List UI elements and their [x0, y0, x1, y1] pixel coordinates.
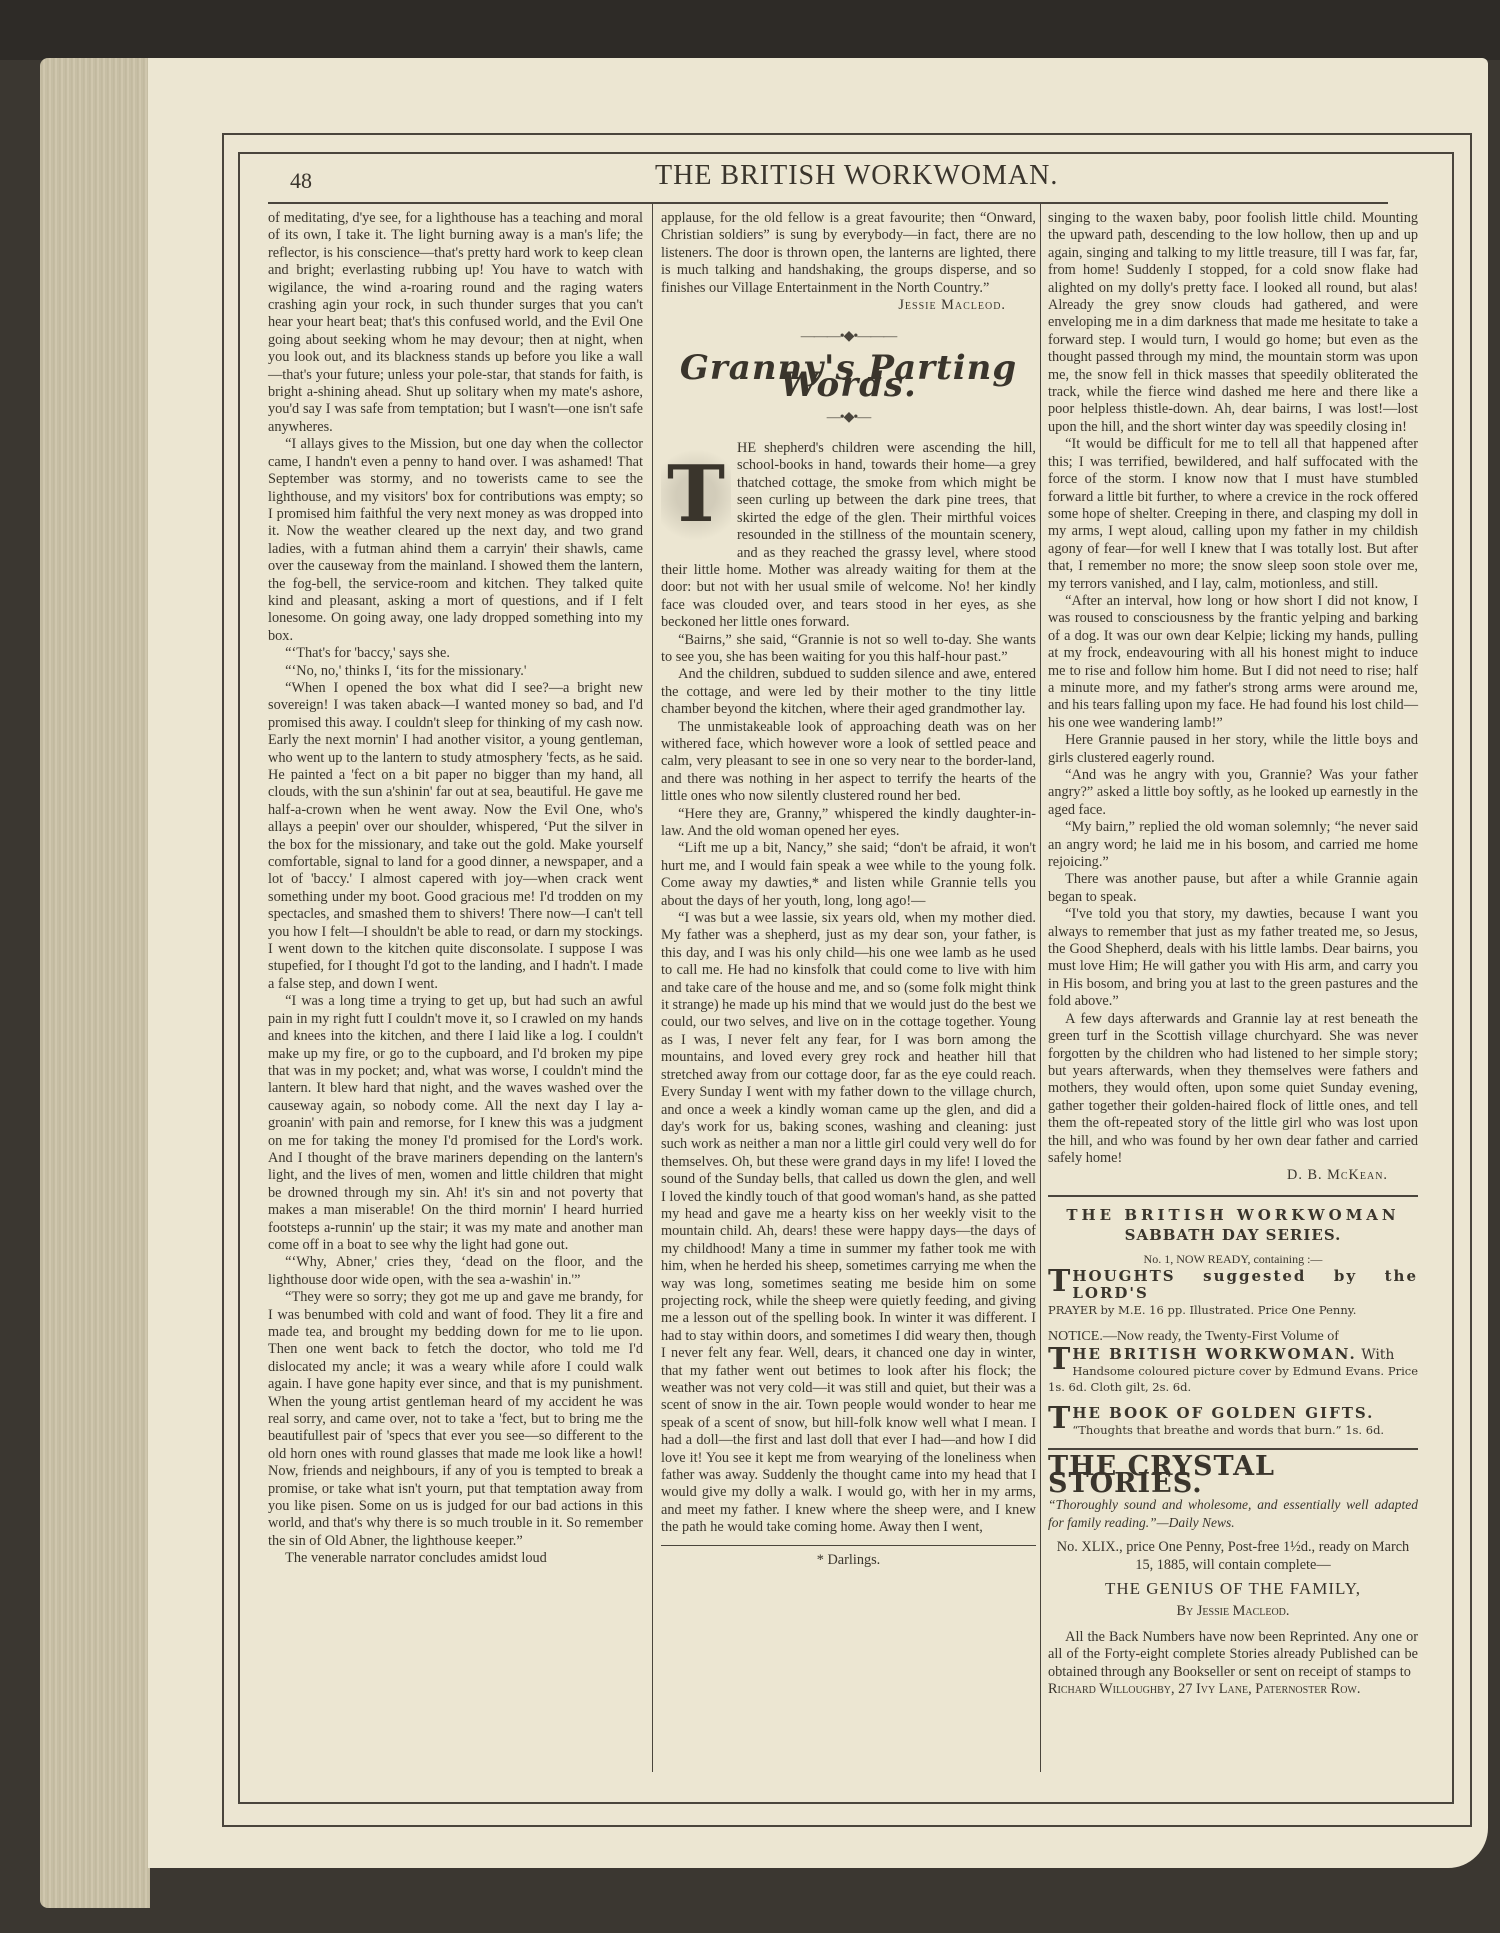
paragraph: There was another pause, but after a whi… — [1048, 871, 1418, 906]
paragraph: The venerable narrator concludes amidst … — [268, 1550, 643, 1567]
footnote: * Darlings. — [661, 1552, 1036, 1569]
advert-feature-title: THE GENIUS OF THE FAMILY, — [1048, 1580, 1418, 1597]
advert-issue: No. XLIX., price One Penny, Post-free 1½… — [1048, 1539, 1418, 1574]
column-divider-2 — [1040, 202, 1041, 1772]
story-opening: T HE shepherd's children were ascending … — [661, 440, 1036, 631]
paragraph: Here Grannie paused in her story, while … — [1048, 732, 1418, 767]
paragraph: “Here they are, Granny,” whispered the k… — [661, 806, 1036, 841]
paragraph: And the children, subdued to sudden sile… — [661, 666, 1036, 718]
advert-title-text: HOUGHTS suggested by the LORD'S — [1072, 1267, 1418, 1302]
advert-byline: By Jessie Macleod. — [1048, 1603, 1418, 1620]
advert-body: All the Back Numbers have now been Repri… — [1048, 1629, 1418, 1681]
advert-title: T HE BRITISH WORKWOMAN. With Handsome co… — [1048, 1346, 1418, 1395]
paragraph: “Bairns,” she said, “Grannie is not so w… — [661, 632, 1036, 667]
paragraph: “I was but a wee lassie, six years old, … — [661, 910, 1036, 1537]
book-cover-top — [0, 0, 1500, 60]
advert-heading: SABBATH DAY SERIES. — [1048, 1225, 1418, 1245]
advert-initial: T — [1048, 1405, 1070, 1433]
advert-rule — [1048, 1448, 1418, 1450]
paragraph: The unmistakeable look of approaching de… — [661, 719, 1036, 806]
paragraph: “And was he angry with you, Grannie? Was… — [1048, 767, 1418, 819]
advert-title: T HOUGHTS suggested by the LORD'S PRAYER… — [1048, 1268, 1418, 1318]
advert-detail: “Thoughts that breathe and words that bu… — [1048, 1422, 1418, 1438]
column-3: singing to the waxen baby, poor foolish … — [1048, 210, 1418, 1698]
author-signature: D. B. McKean. — [1048, 1167, 1418, 1184]
advert-quote: “Thoroughly sound and wholesome, and ess… — [1048, 1496, 1418, 1531]
advert-title-text: HE BRITISH WORKWOMAN. — [1072, 1345, 1356, 1363]
advert-title-suffix: With — [1361, 1347, 1394, 1363]
ornament-divider-icon: ———•◆•——— — [661, 328, 1036, 345]
advert-title-text: HE BOOK OF GOLDEN GIFTS. — [1072, 1404, 1374, 1422]
column-divider-1 — [652, 202, 653, 1772]
paragraph: “When I opened the box what did I see?—a… — [268, 680, 643, 993]
advert-initial: T — [1048, 1268, 1070, 1296]
paragraph: “‘Why, Abner,' cries they, ‘dead on the … — [268, 1254, 643, 1289]
advert-sabbath-series: THE BRITISH WORKWOMAN SABBATH DAY SERIES… — [1048, 1205, 1418, 1318]
column-2: applause, for the old fellow is a great … — [661, 210, 1036, 1569]
column-1: of meditating, d'ye see, for a lighthous… — [268, 210, 643, 1568]
page-edges — [40, 58, 150, 1908]
paragraph: “I've told you that story, my dawties, b… — [1048, 906, 1418, 1010]
advert-subheading: No. 1, NOW READY, containing :— — [1048, 1251, 1418, 1268]
advert-crystal-stories: THE CRYSTAL STORIES. “Thoroughly sound a… — [1048, 1458, 1418, 1699]
advert-detail: Handsome coloured picture cover by Edmun… — [1048, 1363, 1418, 1395]
ornament-divider-icon: —•◆•— — [661, 409, 1036, 426]
advert-title: T HE BOOK OF GOLDEN GIFTS. “Thoughts tha… — [1048, 1405, 1418, 1438]
paragraph: singing to the waxen baby, poor foolish … — [1048, 210, 1418, 436]
page-number: 48 — [290, 168, 312, 194]
paragraph: “‘No, no,' thinks I, ‘its for the missio… — [268, 663, 643, 680]
paragraph: “I was a long time a trying to get up, b… — [268, 993, 643, 1254]
advert-heading: THE BRITISH WORKWOMAN — [1048, 1205, 1418, 1225]
paragraph: “Lift me up a bit, Nancy,” she said; “do… — [661, 840, 1036, 910]
paragraph: “After an interval, how long or how shor… — [1048, 593, 1418, 732]
paragraph: “‘That's for 'baccy,' says she. — [268, 645, 643, 662]
advert-detail: PRAYER by M.E. 16 pp. Illustrated. Price… — [1048, 1302, 1418, 1318]
masthead-title: THE BRITISH WORKWOMAN. — [655, 160, 1058, 192]
advert-rule — [1048, 1195, 1418, 1197]
paragraph: “My bairn,” replied the old woman solemn… — [1048, 819, 1418, 871]
story-title: Granny's Parting Words. — [661, 360, 1036, 395]
author-signature: Jessie Macleod. — [661, 297, 1036, 314]
dropcap-initial-icon: T — [661, 440, 731, 550]
advert-heading: THE CRYSTAL STORIES. — [1048, 1458, 1418, 1493]
paragraph: “They were so sorry; they got me up and … — [268, 1289, 643, 1550]
paragraph: A few days afterwards and Grannie lay at… — [1048, 1011, 1418, 1168]
advert-address: Richard Willoughby, 27 Ivy Lane, Paterno… — [1048, 1681, 1418, 1698]
paragraph: of meditating, d'ye see, for a lighthous… — [268, 210, 643, 436]
header-rule — [268, 202, 1388, 204]
footnote-rule — [661, 1545, 1036, 1546]
advert-initial: T — [1048, 1346, 1070, 1374]
paragraph: applause, for the old fellow is a great … — [661, 210, 1036, 297]
advert-notice: NOTICE.—Now ready, the Twenty-First Volu… — [1048, 1328, 1418, 1345]
paragraph: “It would be difficult for me to tell al… — [1048, 436, 1418, 593]
paragraph: “I allays gives to the Mission, but one … — [268, 436, 643, 645]
